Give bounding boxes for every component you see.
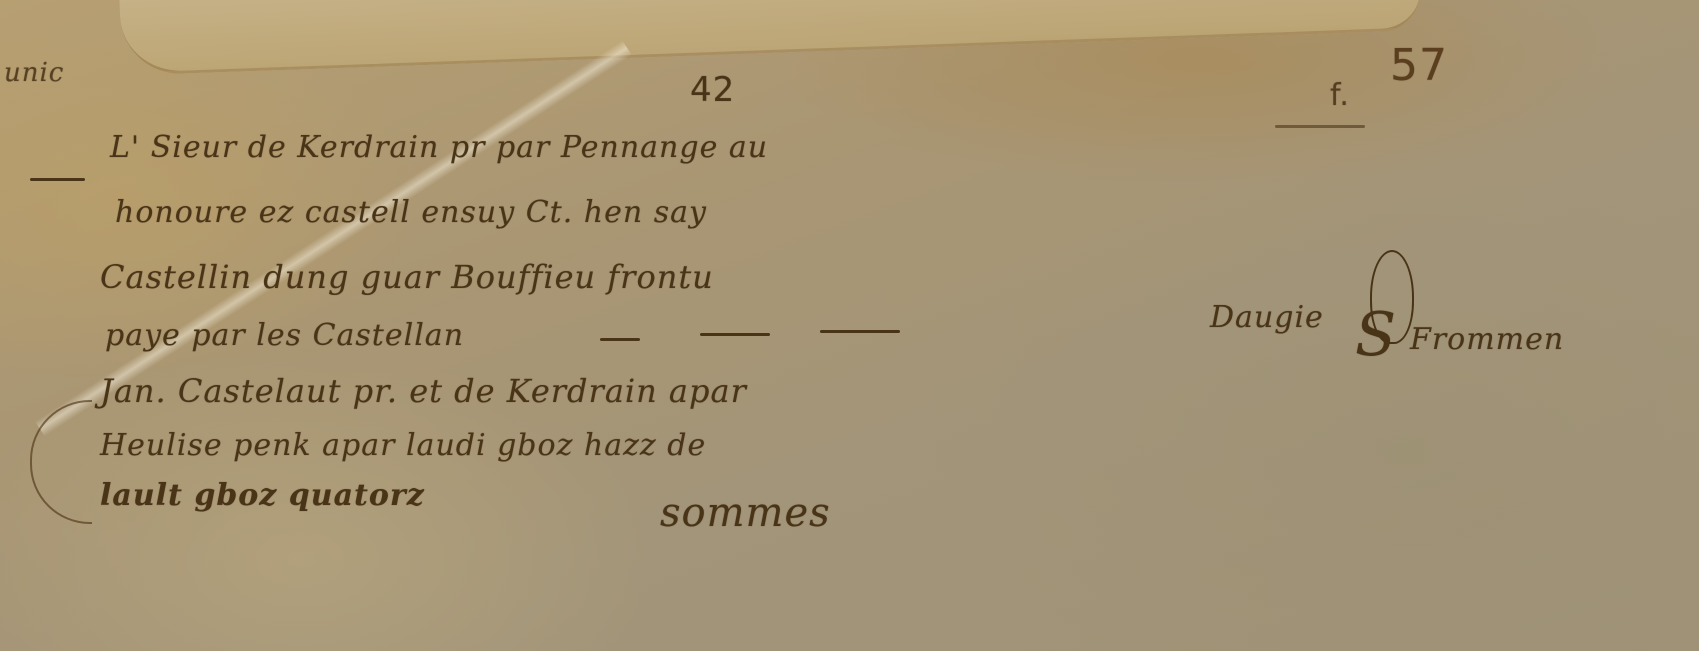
signature-mark: S — [1355, 300, 1397, 370]
folio-underline — [1275, 125, 1365, 128]
line-start-dash — [30, 178, 85, 181]
folio-prefix: f. — [1330, 78, 1350, 113]
torn-overlay-sheet — [119, 0, 1421, 76]
folio-number: 57 — [1390, 40, 1448, 91]
manuscript-line-3: Castellin dung guar Bouffieu frontu — [100, 258, 714, 296]
filler-dash-2 — [700, 333, 770, 336]
page-number: 42 — [690, 70, 735, 110]
manuscript-page: unic 42 f. 57 L' Sieur de Kerdrain pr pa… — [0, 0, 1699, 651]
manuscript-line-7: lault gboz quatorz — [100, 478, 425, 513]
filler-dash-3 — [820, 330, 900, 333]
manuscript-line-1: L' Sieur de Kerdrain pr par Pennange au — [110, 130, 768, 165]
signature-word: Frommen — [1410, 322, 1564, 357]
manuscript-line-2: honoure ez castell ensuy Ct. hen say — [115, 195, 707, 230]
margin-fragment-text: unic — [4, 58, 64, 88]
manuscript-line-5: Jan. Castelaut pr. et de Kerdrain apar — [100, 372, 747, 410]
manuscript-line-4: paye par les Castellan — [105, 318, 464, 353]
right-annotation: Daugie — [1210, 300, 1324, 335]
manuscript-line-8: sommes — [660, 490, 831, 536]
manuscript-line-6: Heulise penk apar laudi gboz hazz de — [100, 428, 706, 463]
filler-dash-1 — [600, 338, 640, 341]
